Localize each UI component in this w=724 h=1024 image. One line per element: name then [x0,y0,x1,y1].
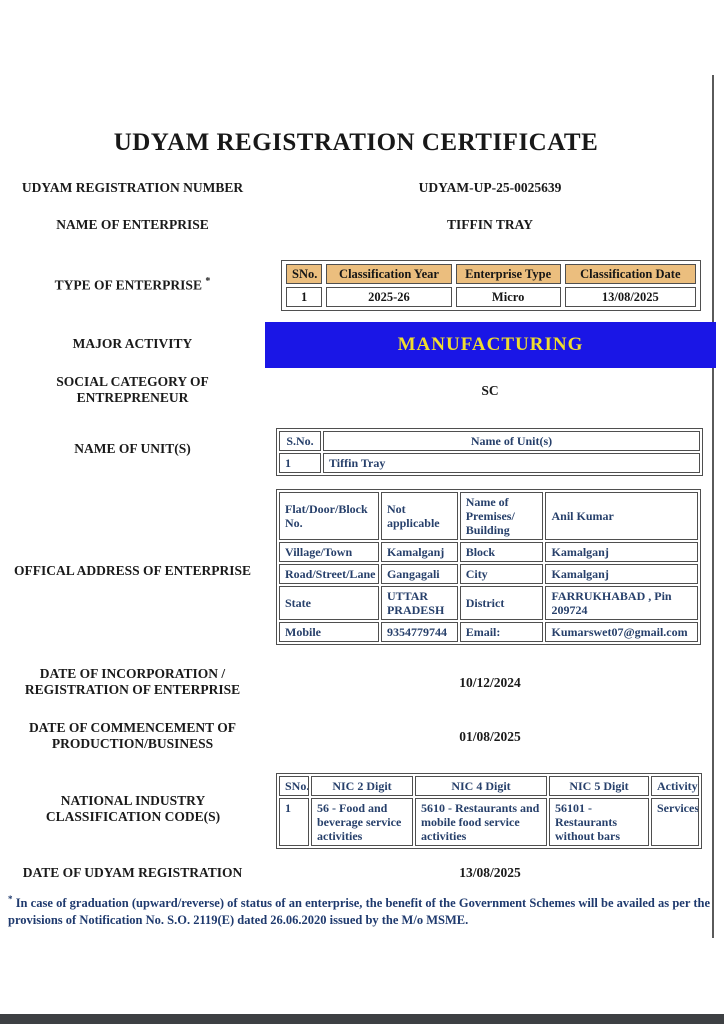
page-edge-bottom-line [0,1014,724,1024]
date-of-registration-label: DATE OF UDYAM REGISTRATION [0,865,265,881]
date-of-incorporation-label: DATE OF INCORPORATION / REGISTRATION OF … [22,666,243,697]
table-cell: Kamalganj [545,564,698,584]
official-address-label: OFFICAL ADDRESS OF ENTERPRISE [0,563,265,579]
column-header: NIC 2 Digit [311,776,413,796]
social-category-label: SOCIAL CATEGORY OF ENTREPRENEUR [42,374,223,405]
table-cell: 1 [279,453,321,473]
type-of-enterprise-label-text: TYPE OF ENTERPRISE [55,278,202,293]
address-table: Flat/Door/Block No. Not applicable Name … [276,489,701,645]
table-cell: Kumarswet07@gmail.com [545,622,698,642]
table-header-row: SNo. Classification Year Enterprise Type… [286,264,696,284]
column-header: Activity [651,776,699,796]
table-cell: 56101 - Restaurants without bars [549,798,649,846]
major-activity-banner: MANUFACTURING [265,322,716,368]
major-activity-label: MAJOR ACTIVITY [0,336,265,352]
column-header: S.No. [279,431,321,451]
table-cell: Flat/Door/Block No. [279,492,379,540]
table-row: Village/Town Kamalganj Block Kamalganj [279,542,698,562]
table-row: State UTTAR PRADESH District FARRUKHABAD… [279,586,698,620]
type-of-enterprise-label: TYPE OF ENTERPRISE * [0,274,265,293]
column-header: Enterprise Type [456,264,561,284]
table-row: Mobile 9354779744 Email: Kumarswet07@gma… [279,622,698,642]
table-cell: 13/08/2025 [565,287,696,307]
table-cell: Name of Premises/ Building [460,492,544,540]
date-of-registration-value: 13/08/2025 [265,865,715,881]
page-edge-vertical-line [712,75,714,938]
table-cell: Anil Kumar [545,492,698,540]
table-cell: Not applicable [381,492,458,540]
table-cell: 1 [279,798,309,846]
table-cell: FARRUKHABAD , Pin 209724 [545,586,698,620]
type-of-enterprise-table: SNo. Classification Year Enterprise Type… [281,260,701,311]
table-cell: 1 [286,287,322,307]
table-header-row: S.No. Name of Unit(s) [279,431,700,451]
table-cell: UTTAR PRADESH [381,586,458,620]
enterprise-name-label: NAME OF ENTERPRISE [0,217,265,233]
table-row: 1 Tiffin Tray [279,453,700,473]
column-header: Classification Date [565,264,696,284]
social-category-value: SC [265,383,715,399]
column-header: NIC 5 Digit [549,776,649,796]
table-cell: Kamalganj [381,542,458,562]
table-cell: Micro [456,287,561,307]
certificate-title: UDYAM REGISTRATION CERTIFICATE [0,129,712,157]
table-cell: 9354779744 [381,622,458,642]
table-cell: 56 - Food and beverage service activitie… [311,798,413,846]
major-activity-value: MANUFACTURING [398,334,584,356]
table-cell: Gangagali [381,564,458,584]
date-of-commencement-label: DATE OF COMMENCEMENT OF PRODUCTION/BUSIN… [27,720,238,751]
table-row: 1 56 - Food and beverage service activit… [279,798,699,846]
column-header: NIC 4 Digit [415,776,547,796]
units-table: S.No. Name of Unit(s) 1 Tiffin Tray [276,428,703,476]
column-header: Name of Unit(s) [323,431,700,451]
date-of-commencement-value: 01/08/2025 [265,729,715,745]
table-row: Road/Street/Lane Gangagali City Kamalgan… [279,564,698,584]
table-cell: 2025-26 [326,287,451,307]
table-header-row: SNo. NIC 2 Digit NIC 4 Digit NIC 5 Digit… [279,776,699,796]
table-cell: Mobile [279,622,379,642]
table-cell: Road/Street/Lane [279,564,379,584]
table-row: 1 2025-26 Micro 13/08/2025 [286,287,696,307]
table-cell: 5610 - Restaurants and mobile food servi… [415,798,547,846]
type-of-enterprise-asterisk: * [205,276,210,287]
footnote-asterisk: * [8,894,13,904]
table-cell: Services [651,798,699,846]
column-header: SNo. [286,264,322,284]
udyam-certificate-page: UDYAM REGISTRATION CERTIFICATE UDYAM REG… [0,0,724,1024]
enterprise-name-value: TIFFIN TRAY [265,217,715,233]
column-header: Classification Year [326,264,451,284]
table-row: Flat/Door/Block No. Not applicable Name … [279,492,698,540]
nic-table: SNo. NIC 2 Digit NIC 4 Digit NIC 5 Digit… [276,773,702,849]
table-cell: Village/Town [279,542,379,562]
column-header: SNo. [279,776,309,796]
footnote-text: In case of graduation (upward/reverse) o… [8,896,710,927]
table-cell: Kamalganj [545,542,698,562]
table-cell: State [279,586,379,620]
table-cell: District [460,586,544,620]
table-cell: Email: [460,622,544,642]
date-of-incorporation-value: 10/12/2024 [265,675,715,691]
registration-number-value: UDYAM-UP-25-0025639 [265,180,715,196]
nic-codes-label: NATIONAL INDUSTRY CLASSIFICATION CODE(S) [40,793,226,824]
name-of-units-label: NAME OF UNIT(S) [0,441,265,457]
table-cell: City [460,564,544,584]
table-cell: Tiffin Tray [323,453,700,473]
footnote: * In case of graduation (upward/reverse)… [8,891,710,929]
registration-number-label: UDYAM REGISTRATION NUMBER [0,180,265,196]
table-cell: Block [460,542,544,562]
